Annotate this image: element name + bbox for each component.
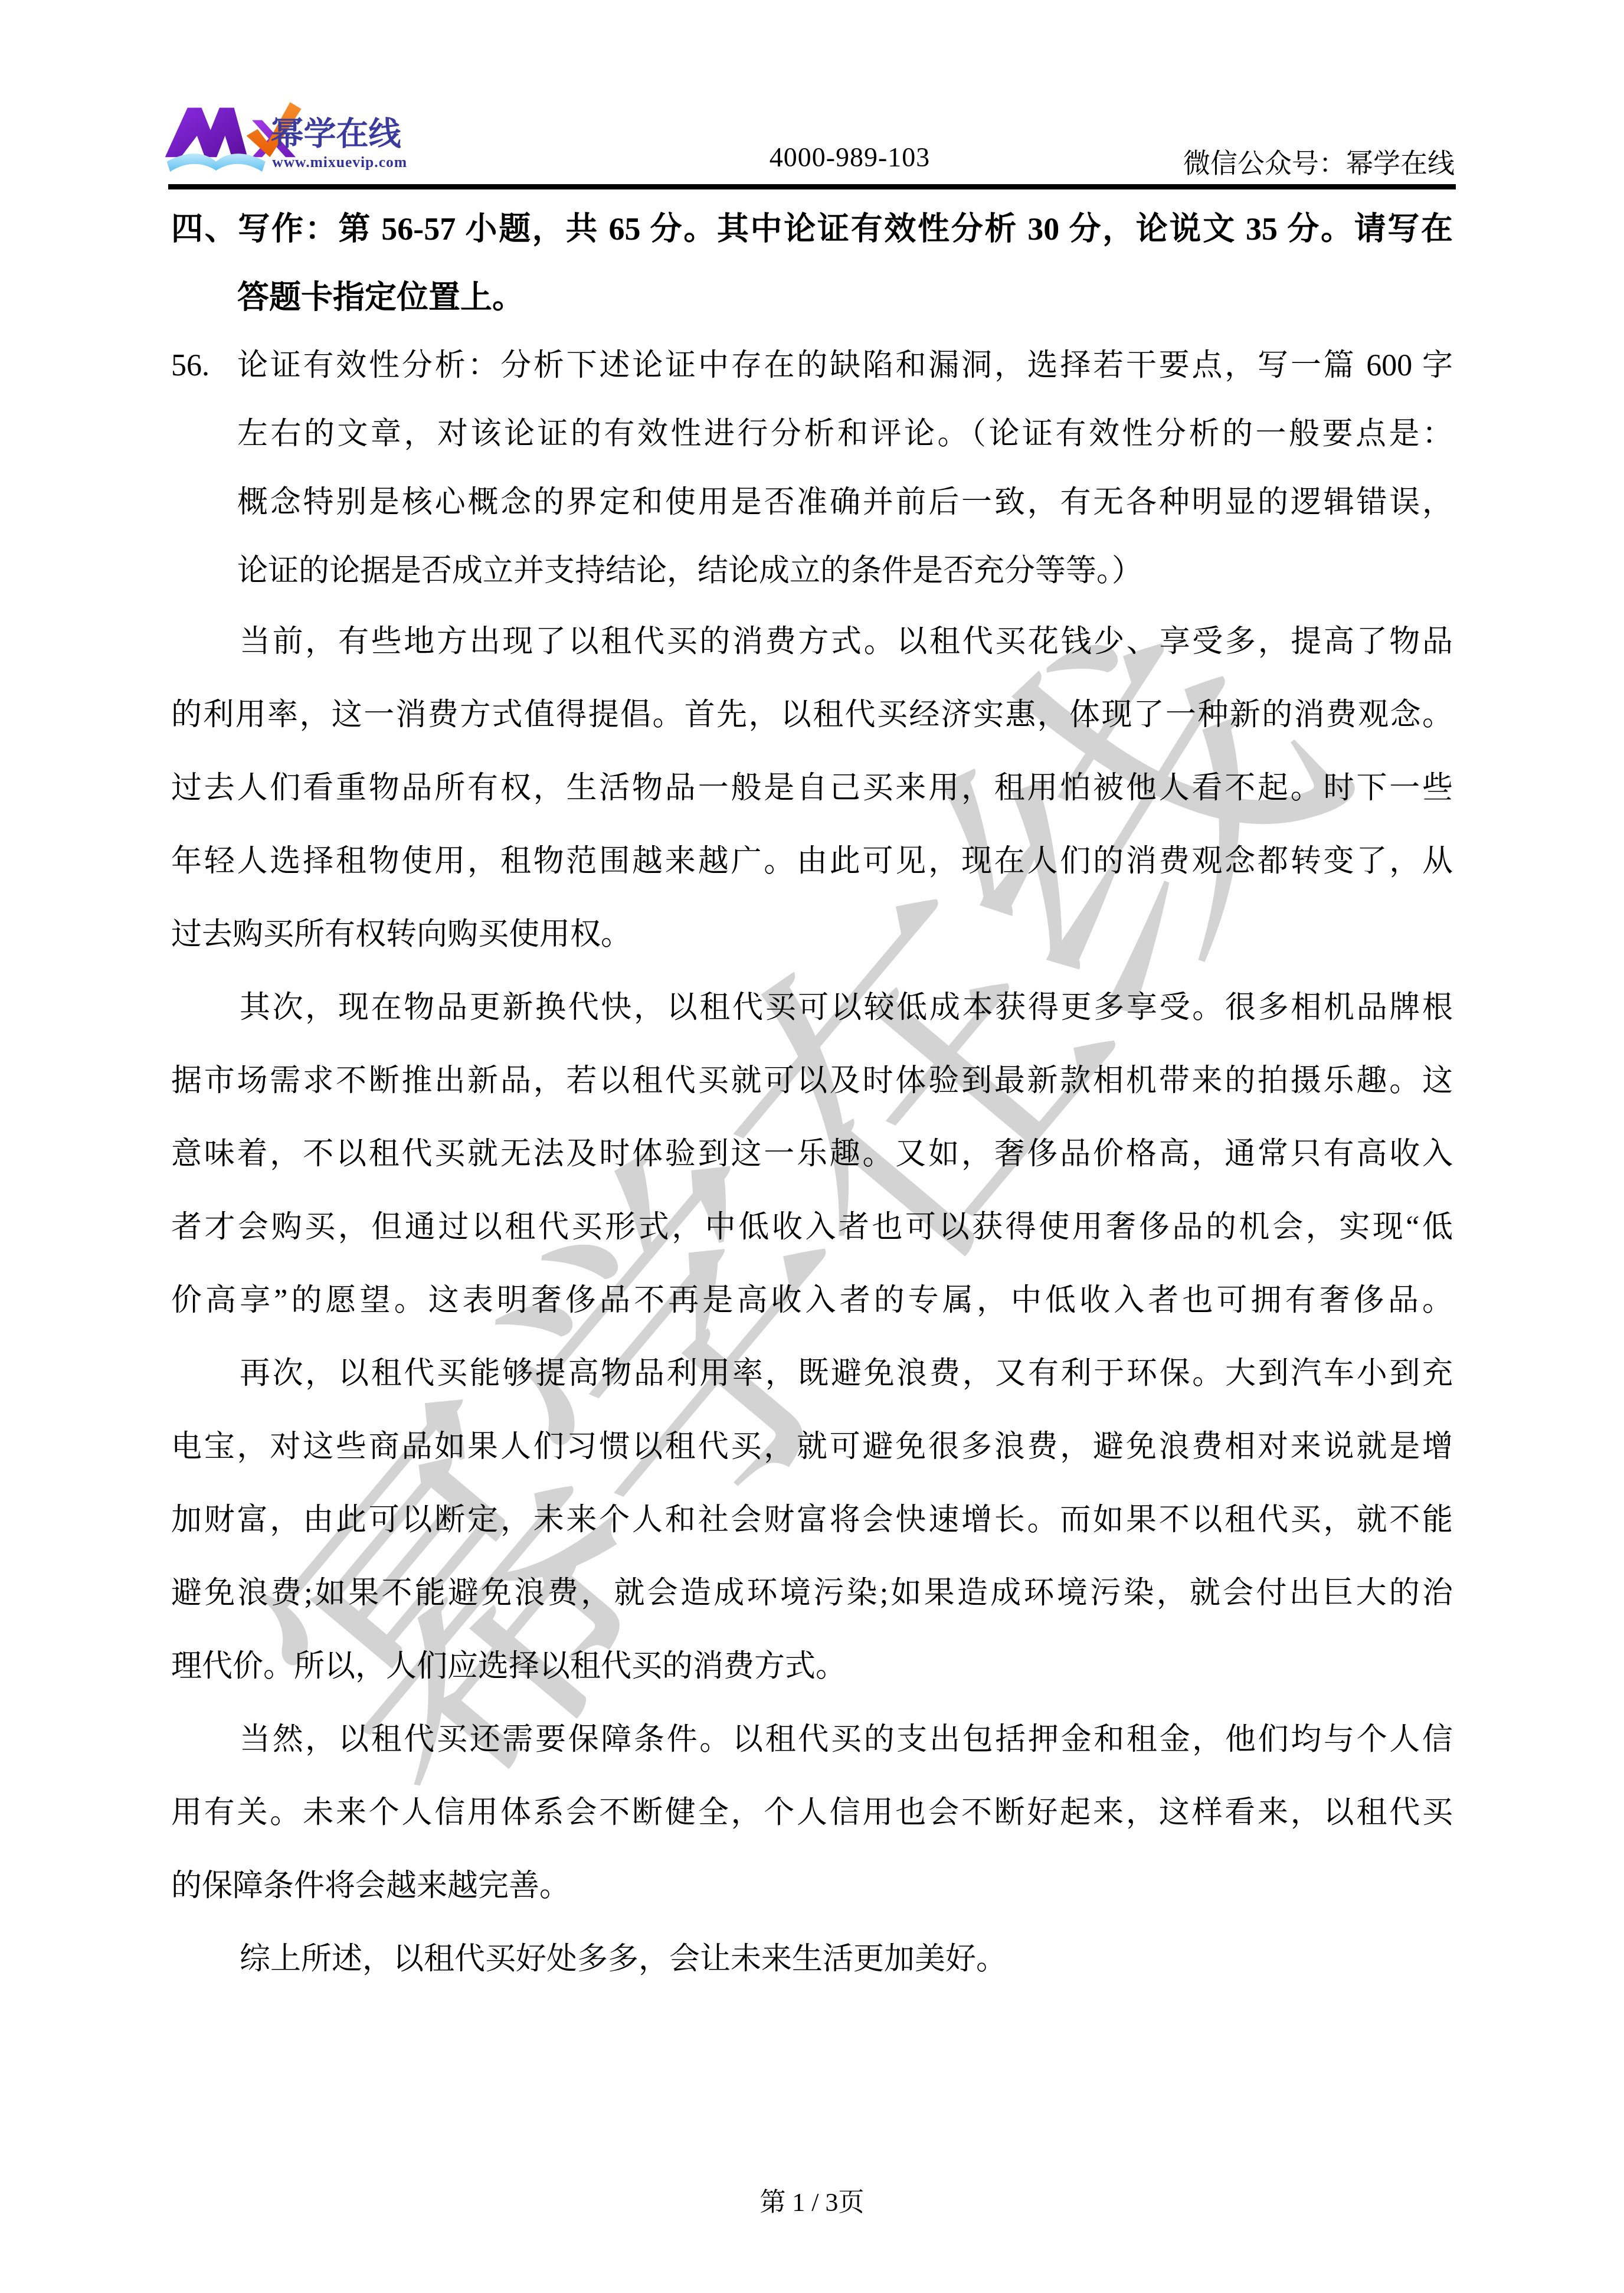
text-line: 概念特别是核心概念的界定和使用是否准确并前后一致，有无各种明显的逻辑错误，	[171, 469, 1453, 537]
line-text: 过去购买所有权转向购买使用权。	[171, 918, 631, 951]
item-number: 56.	[171, 332, 209, 400]
text-line: 的保障条件将会越来越完善。	[171, 1850, 1453, 1923]
line-text: 左右的文章，对该论证的有效性进行分析和评论。（论证有效性分析的一般要点是：	[237, 417, 1453, 451]
line-text: 年轻人选择租物使用，租物范围越来越广。由此可见，现在人们的消费观念都转变了，从	[171, 845, 1453, 878]
text-line: 综上所述，以租代买好处多多，会让未来生活更加美好。	[171, 1923, 1453, 1996]
line-text: 当然，以租代买还需要保障条件。以租代买的支出包括押金和租金，他们均与个人信	[240, 1723, 1453, 1756]
text-line: 意味着，不以租代买就无法及时体验到这一乐趣。又如，奢侈品价格高，通常只有高收入	[171, 1118, 1453, 1191]
text-line: 左右的文章，对该论证的有效性进行分析和评论。（论证有效性分析的一般要点是：	[171, 400, 1453, 469]
text-line: 年轻人选择租物使用，租物范围越来越广。由此可见，现在人们的消费观念都转变了，从	[171, 825, 1453, 898]
text-line: 四、写作：第 56-57 小题，共 65 分。其中论证有效性分析 30 分，论说…	[171, 195, 1453, 263]
logo-brand-text: 幂学在线	[271, 116, 401, 152]
text-line: 者才会购买，但通过以租代买形式，中低收入者也可以获得使用奢侈品的机会，实现“低	[171, 1191, 1453, 1264]
text-line: 加财富，由此可以断定，未来个人和社会财富将会快速增长。而如果不以租代买，就不能	[171, 1484, 1453, 1557]
line-text: 意味着，不以租代买就无法及时体验到这一乐趣。又如，奢侈品价格高，通常只有高收入	[171, 1137, 1453, 1171]
text-line: 56.论证有效性分析：分析下述论证中存在的缺陷和漏洞，选择若干要点，写一篇 60…	[171, 332, 1453, 400]
line-text: 的保障条件将会越来越完善。	[171, 1869, 570, 1903]
wechat-account: 微信公众号：幂学在线	[1183, 142, 1455, 181]
line-text: 加财富，由此可以断定，未来个人和社会财富将会快速增长。而如果不以租代买，就不能	[171, 1503, 1453, 1537]
line-text: 价高享”的愿望。这表明奢侈品不再是高收入者的专属，中低收入者也可拥有奢侈品。	[171, 1284, 1453, 1317]
text-line: 答题卡指定位置上。	[171, 263, 1453, 332]
logo-url-text: www.mixuevip.com	[272, 153, 407, 171]
phone-number: 4000-989-103	[696, 142, 1003, 173]
text-line: 用有关。未来个人信用体系会不断健全，个人信用也会不断好起来，这样看来，以租代买	[171, 1777, 1453, 1850]
text-line: 电宝，对这些商品如果人们习惯以租代买，就可避免很多浪费，避免浪费相对来说就是增	[171, 1411, 1453, 1484]
line-text: 概念特别是核心概念的界定和使用是否准确并前后一致，有无各种明显的逻辑错误，	[237, 486, 1453, 519]
line-text: 论证的论据是否成立并支持结论，结论成立的条件是否充分等等。）	[237, 554, 1142, 588]
line-text: 综上所述，以租代买好处多多，会让未来生活更加美好。	[240, 1942, 1007, 1976]
line-text: 避免浪费;如果不能避免浪费，就会造成环境污染;如果造成环境污染，就会付出巨大的治	[171, 1576, 1453, 1610]
text-line: 当前，有些地方出现了以租代买的消费方式。以租代买花钱少、享受多，提高了物品	[171, 606, 1453, 679]
text-line: 的利用率，这一消费方式值得提倡。首先，以租代买经济实惠，体现了一种新的消费观念。	[171, 679, 1453, 752]
page-number: 第 1 / 3页	[0, 2181, 1624, 2219]
line-text: 用有关。未来个人信用体系会不断健全，个人信用也会不断好起来，这样看来，以租代买	[171, 1796, 1453, 1830]
text-line: 论证的论据是否成立并支持结论，结论成立的条件是否充分等等。）	[171, 537, 1453, 606]
text-line: 价高享”的愿望。这表明奢侈品不再是高收入者的专属，中低收入者也可拥有奢侈品。	[171, 1264, 1453, 1337]
text-line: 避免浪费;如果不能避免浪费，就会造成环境污染;如果造成环境污染，就会付出巨大的治	[171, 1557, 1453, 1630]
line-text: 再次，以租代买能够提高物品利用率，既避免浪费，又有利于环保。大到汽车小到充	[240, 1357, 1453, 1391]
text-line: 其次，现在物品更新换代快，以租代买可以较低成本获得更多享受。很多相机品牌根	[171, 972, 1453, 1045]
line-text: 电宝，对这些商品如果人们习惯以租代买，就可避免很多浪费，避免浪费相对来说就是增	[171, 1430, 1453, 1464]
header-rule	[168, 184, 1456, 189]
line-text: 理代价。所以，人们应选择以租代买的消费方式。	[171, 1650, 846, 1683]
line-text: 的利用率，这一消费方式值得提倡。首先，以租代买经济实惠，体现了一种新的消费观念。	[171, 698, 1453, 732]
text-line: 过去人们看重物品所有权，生活物品一般是自己买来用，租用怕被他人看不起。时下一些	[171, 752, 1453, 825]
text-line: 当然，以租代买还需要保障条件。以租代买的支出包括押金和租金，他们均与个人信	[171, 1703, 1453, 1777]
text-line: 理代价。所以，人们应选择以租代买的消费方式。	[171, 1630, 1453, 1703]
line-text: 答题卡指定位置上。	[237, 280, 524, 315]
text-line: 过去购买所有权转向购买使用权。	[171, 898, 1453, 972]
line-text: 四、写作：第 56-57 小题，共 65 分。其中论证有效性分析 30 分，论说…	[171, 211, 1453, 247]
line-text: 当前，有些地方出现了以租代买的消费方式。以租代买花钱少、享受多，提高了物品	[240, 625, 1453, 659]
text-line: 再次，以租代买能够提高物品利用率，既避免浪费，又有利于环保。大到汽车小到充	[171, 1337, 1453, 1411]
line-text: 论证有效性分析：分析下述论证中存在的缺陷和漏洞，选择若干要点，写一篇 600 字	[237, 349, 1453, 382]
text-line: 据市场需求不断推出新品，若以租代买就可以及时体验到最新款相机带来的拍摄乐趣。这	[171, 1045, 1453, 1118]
document-lines: 四、写作：第 56-57 小题，共 65 分。其中论证有效性分析 30 分，论说…	[171, 195, 1453, 1996]
line-text: 据市场需求不断推出新品，若以租代买就可以及时体验到最新款相机带来的拍摄乐趣。这	[171, 1064, 1453, 1098]
exam-page: 幂学在线 幂学在线 www.mixuevip.com 4000-	[0, 0, 1624, 2293]
line-text: 其次，现在物品更新换代快，以租代买可以较低成本获得更多享受。很多相机品牌根	[240, 991, 1453, 1025]
line-text: 过去人们看重物品所有权，生活物品一般是自己买来用，租用怕被他人看不起。时下一些	[171, 771, 1453, 805]
line-text: 者才会购买，但通过以租代买形式，中低收入者也可以获得使用奢侈品的机会，实现“低	[171, 1211, 1453, 1244]
mixue-logo: 幂学在线 www.mixuevip.com	[162, 99, 409, 175]
